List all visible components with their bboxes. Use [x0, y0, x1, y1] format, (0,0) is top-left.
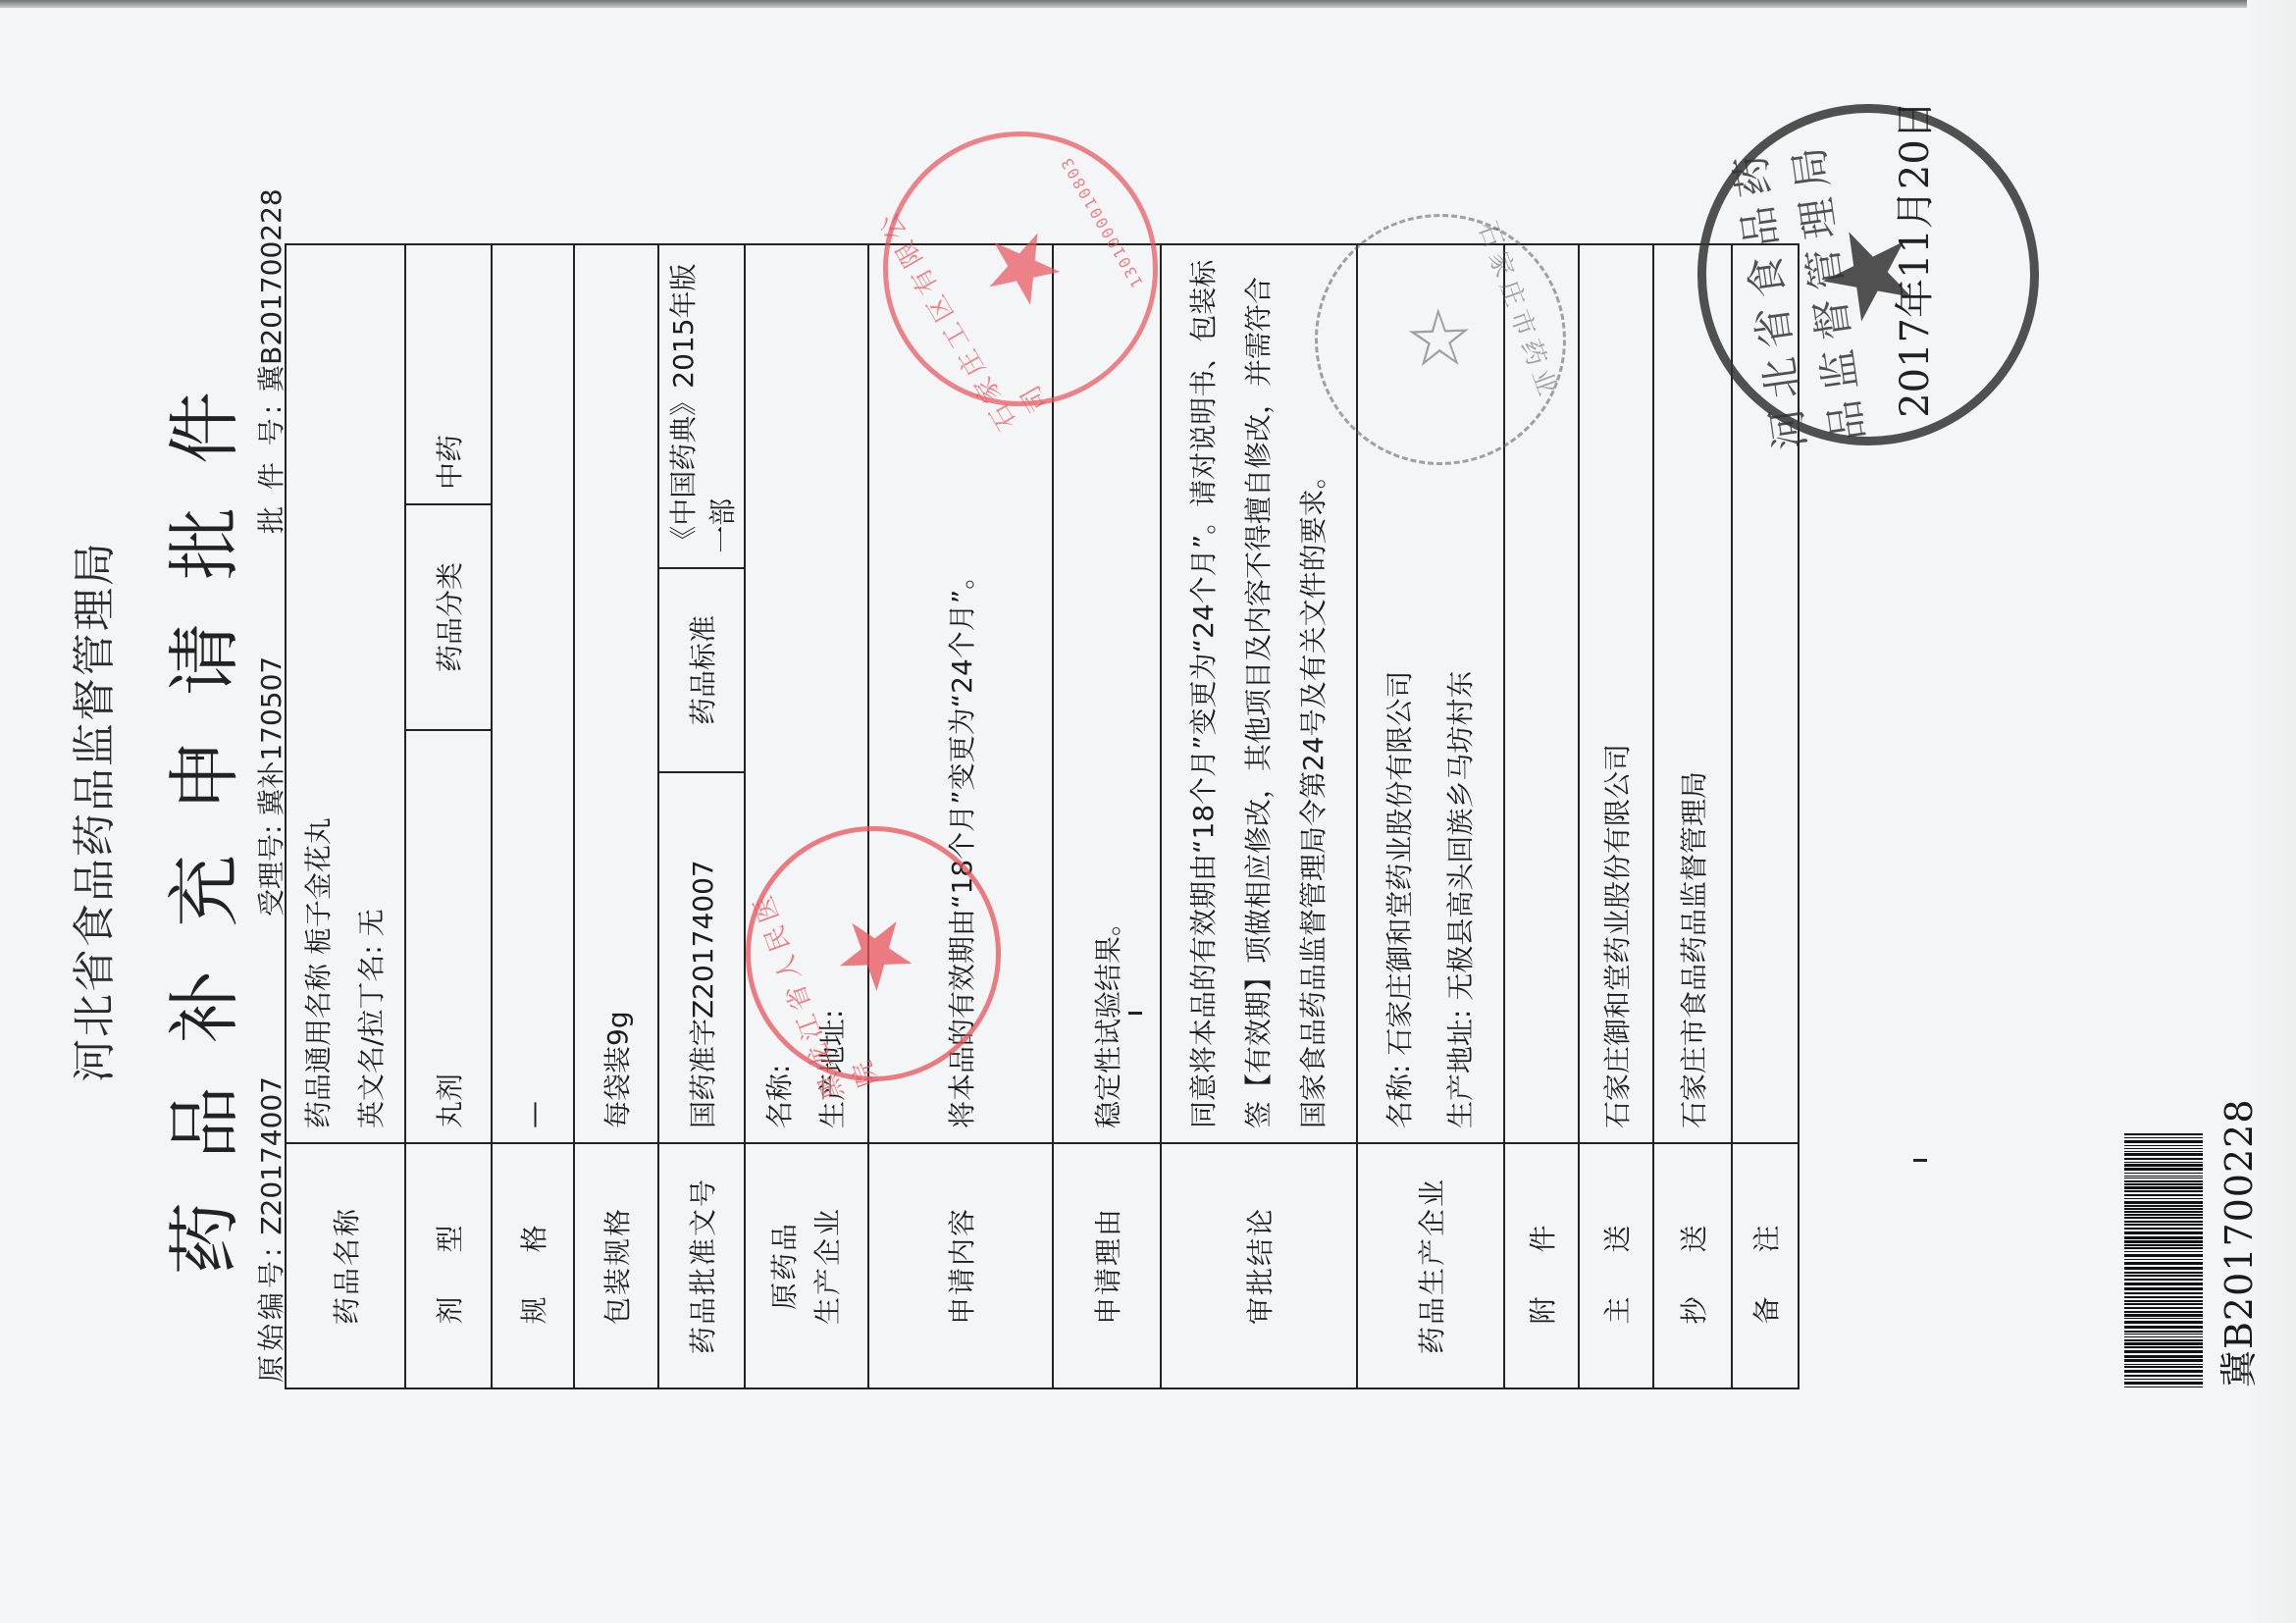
- packaging-label: 包装规格: [574, 1143, 658, 1388]
- generic-name-label: 药品通用名称: [302, 964, 335, 1128]
- application-reason-value: 稳定性试验结果。: [1053, 244, 1161, 1143]
- application-content-value: 将本品的有效期由“18个月”变更为“24个月”。: [868, 244, 1053, 1143]
- table-row-original-manufacturer: 原药品 生产企业 名称: 生产地址:: [745, 244, 868, 1388]
- original-manufacturer-name-label: 名称:: [763, 1065, 796, 1128]
- manufacturer-address: 无极县高头回族乡马坊村东: [1444, 671, 1477, 1001]
- acceptance-number-value: 冀补170507: [255, 656, 287, 816]
- table-row-drug-name: 药品名称 药品通用名称 栀子金花丸 英文名/拉丁名: 无: [286, 244, 405, 1388]
- acceptance-number-label: 受理号:: [255, 825, 287, 916]
- english-name-value: 无: [355, 909, 388, 936]
- table-row-manufacturer: 药品生产企业 名称: 石家庄御和堂药业股份有限公司 生产地址: 无极县高头回族乡…: [1357, 244, 1504, 1388]
- barcode-block: 冀B201700228: [2124, 1098, 2263, 1387]
- specification-label: 规 格: [492, 1143, 574, 1388]
- dosage-form-cell: 丸剂 药品分类 中药: [405, 244, 492, 1143]
- english-name-line: 英文名/拉丁名: 无: [345, 259, 398, 1128]
- manufacturer-cell: 名称: 石家庄御和堂药业股份有限公司 生产地址: 无极县高头回族乡马坊村东: [1357, 244, 1504, 1143]
- barcode-icon: [2124, 1098, 2203, 1387]
- table-row-application-content: 申请内容 将本品的有效期由“18个月”变更为“24个月”。: [868, 244, 1053, 1388]
- scan-speck: [186, 757, 204, 759]
- manufacturer-name-label: 名称:: [1383, 1065, 1416, 1128]
- original-manufacturer-label-line2: 生产企业: [807, 1158, 850, 1374]
- original-manufacturer-name-line: 名称:: [754, 259, 807, 1128]
- attachment-label: 附 件: [1504, 1143, 1579, 1388]
- remarks-label: 备 注: [1732, 1143, 1799, 1388]
- packaging-value: 每袋装9g: [574, 244, 658, 1143]
- english-name-label: 英文名/拉丁名:: [355, 945, 388, 1128]
- manufacturer-label: 药品生产企业: [1357, 1143, 1504, 1388]
- dosage-form-label: 剂 型: [405, 1143, 492, 1388]
- table-row-application-reason: 申请理由 稳定性试验结果。: [1053, 244, 1161, 1388]
- drug-standard-value: 《中国药典》2015年版一部: [659, 245, 744, 567]
- table-row-send-to: 主 送 石家庄御和堂药业股份有限公司: [1579, 244, 1653, 1388]
- document-title: 药品补充申请批件: [147, 0, 251, 1623]
- application-reason-label: 申请理由: [1053, 1143, 1161, 1388]
- generic-name-line: 药品通用名称 栀子金花丸: [292, 259, 345, 1128]
- table-row-specification: 规 格 —: [492, 244, 574, 1388]
- approval-number-row-value: 国药准字Z20174007: [659, 773, 744, 1142]
- approval-conclusion-label: 审批结论: [1161, 1143, 1357, 1388]
- original-number: 原始编号: Z20174007: [250, 1076, 289, 1383]
- copy-to-value: 石家庄市食品药品监督管理局: [1653, 244, 1732, 1143]
- attachment-value: [1504, 244, 1579, 1143]
- issue-date: 2017年11月20日: [1884, 53, 1940, 465]
- original-number-label: 原始编号:: [255, 1244, 287, 1383]
- acceptance-number: 受理号: 冀补170507: [250, 656, 289, 916]
- approval-number: 批 件 号: 冀B201700228: [250, 188, 289, 534]
- application-content-label: 申请内容: [868, 1143, 1053, 1388]
- manufacturer-name-line: 名称: 石家庄御和堂药业股份有限公司: [1370, 259, 1431, 1128]
- approval-number-row-label: 药品批准文号: [658, 1143, 745, 1388]
- scan-speck: [1128, 1012, 1142, 1015]
- manufacturer-address-line: 生产地址: 无极县高头回族乡马坊村东: [1431, 259, 1491, 1128]
- drug-category-label: 药品分类: [406, 503, 491, 731]
- approval-conclusion-value: 同意将本品的有效期由“18个月”变更为“24个月”。请对说明书、包装标签【有效期…: [1161, 244, 1357, 1143]
- table-row-approval-number: 药品批准文号 国药准字Z20174007 药品标准 《中国药典》2015年版一部: [658, 244, 745, 1388]
- original-manufacturer-cell: 名称: 生产地址:: [745, 244, 868, 1143]
- approval-document-page: 河北省食品药品监督管理局 药品补充申请批件 原始编号: Z20174007 受理…: [0, 0, 2296, 1623]
- issuing-agency: 河北省食品药品监督管理局: [59, 0, 122, 1623]
- approval-number-cell: 国药准字Z20174007 药品标准 《中国药典》2015年版一部: [658, 244, 745, 1143]
- original-manufacturer-label-line1: 原药品: [763, 1158, 807, 1374]
- scan-speck: [1913, 1159, 1927, 1162]
- original-manufacturer-address-label: 生产地址:: [816, 1010, 849, 1128]
- table-row-dosage-form: 剂 型 丸剂 药品分类 中药: [405, 244, 492, 1388]
- original-manufacturer-label: 原药品 生产企业: [745, 1143, 868, 1388]
- copy-to-label: 抄 送: [1653, 1143, 1732, 1388]
- drug-standard-label: 药品标准: [659, 567, 744, 774]
- remarks-value: [1732, 244, 1799, 1143]
- table-row-attachment: 附 件: [1504, 244, 1579, 1388]
- manufacturer-address-label: 生产地址:: [1444, 1010, 1477, 1128]
- manufacturer-name: 石家庄御和堂药业股份有限公司: [1383, 671, 1416, 1056]
- drug-name-cell: 药品通用名称 栀子金花丸 英文名/拉丁名: 无: [286, 244, 405, 1143]
- table-row-packaging: 包装规格 每袋装9g: [574, 244, 658, 1388]
- approval-number-label: 批 件 号:: [255, 401, 287, 534]
- barcode-text: 冀B201700228: [2209, 1098, 2263, 1387]
- send-to-value: 石家庄御和堂药业股份有限公司: [1579, 244, 1653, 1143]
- specification-value: —: [492, 244, 574, 1143]
- dosage-form-value: 丸剂: [406, 731, 491, 1142]
- send-to-label: 主 送: [1579, 1143, 1653, 1388]
- table-row-remarks: 备 注: [1732, 244, 1799, 1388]
- original-manufacturer-address-line: 生产地址:: [807, 259, 860, 1128]
- approval-number-value: 冀B201700228: [255, 188, 287, 393]
- drug-name-label: 药品名称: [286, 1143, 405, 1388]
- original-number-value: Z20174007: [255, 1076, 287, 1235]
- generic-name-value: 栀子金花丸: [302, 817, 335, 955]
- approval-form-table: 药品名称 药品通用名称 栀子金花丸 英文名/拉丁名: 无 剂 型 丸剂 药品分类…: [285, 243, 1800, 1389]
- table-row-approval-conclusion: 审批结论 同意将本品的有效期由“18个月”变更为“24个月”。请对说明书、包装标…: [1161, 244, 1357, 1388]
- drug-category-value: 中药: [406, 435, 491, 503]
- table-row-copy-to: 抄 送 石家庄市食品药品监督管理局: [1653, 244, 1732, 1388]
